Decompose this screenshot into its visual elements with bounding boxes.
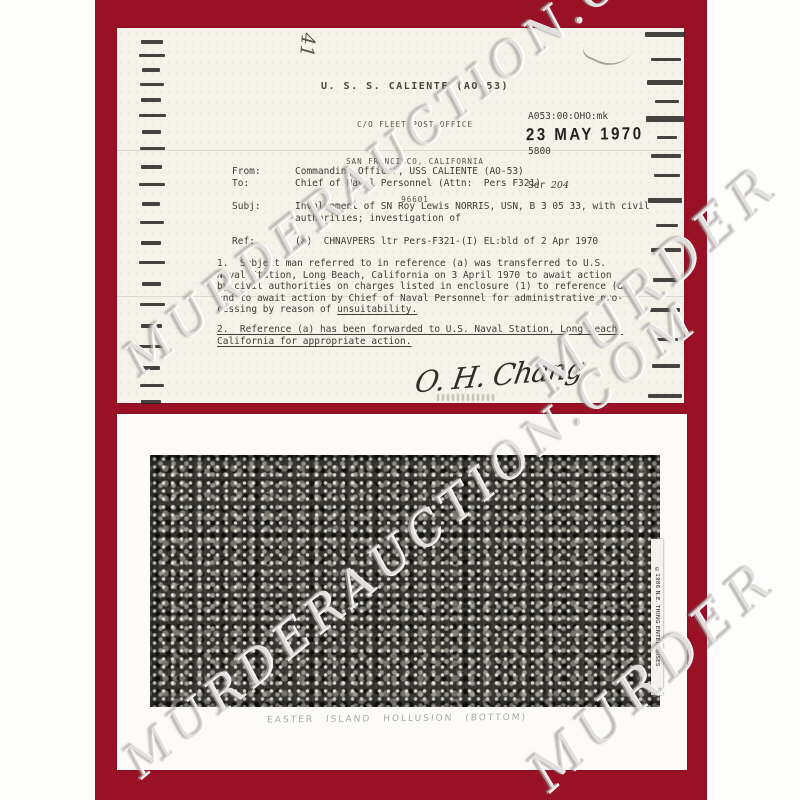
to-label: To: — [232, 178, 249, 190]
scan-mark — [655, 100, 679, 103]
reference-label: Ref: — [232, 236, 255, 248]
scan-mark — [141, 40, 163, 44]
scan-mark — [142, 282, 161, 286]
scan-mark — [141, 98, 161, 102]
scan-mark — [656, 224, 678, 227]
handwritten-annotation: 41 — [295, 32, 319, 58]
scan-mark — [141, 165, 162, 169]
subject-line-2: authorities; investigation of — [295, 213, 461, 225]
serial-number-handwritten: 204 — [551, 180, 569, 191]
letterhead-address-1: C/O FLEET POST OFFICE — [295, 119, 535, 131]
scan-mark — [139, 54, 165, 57]
scan-mark — [140, 384, 164, 387]
scan-mark — [140, 83, 164, 86]
subject-line-1: Involvement of SN Roy Lewis NORRIS, USN,… — [295, 201, 650, 213]
typed-name-smudge — [437, 394, 497, 401]
scan-mark — [140, 303, 165, 306]
id-ssic: 5800 — [528, 146, 608, 158]
scan-mark — [651, 154, 681, 158]
from-label: From: — [232, 166, 261, 178]
scan-mark — [651, 58, 681, 61]
scan-mark — [645, 32, 685, 37]
photo-caption-handwritten: EASTER ISLAND HOLLUSION (BOTTOM) — [267, 713, 548, 726]
stereogram-image: ©1986 N.E. THING ENTERPRISES — [150, 455, 660, 707]
reference-value: (a) CHNAVPERS ltr Pers-F321-(I) EL:bld o… — [295, 236, 598, 248]
scan-mark — [141, 400, 161, 404]
copyright-strip: ©1986 N.E. THING ENTERPRISES — [651, 539, 663, 695]
paragraph-1-underlined-word: unsuitability. — [337, 304, 417, 315]
scan-mark — [142, 202, 160, 206]
scan-mark — [142, 366, 160, 370]
signature-handwritten: O. H. Chang — [413, 350, 586, 399]
photo-scan: ©1986 N.E. THING ENTERPRISES EASTER ISLA… — [117, 414, 687, 770]
to-value: Chief of Naval Personnel (Attn: Pers F32… — [295, 178, 541, 190]
scan-mark — [139, 345, 165, 348]
paragraph-1-text: 1. Subject man referred to in reference … — [217, 258, 635, 304]
scan-mark — [646, 116, 684, 122]
body-paragraph-2: 2. Reference (a) has been forwarded to U… — [217, 324, 687, 347]
scan-mark — [652, 364, 680, 368]
from-value: Commanding Officer, USS CALIENTE (AO-53) — [295, 166, 524, 178]
scan-mark — [139, 183, 165, 186]
scan-mark — [140, 147, 165, 150]
scan-mark — [139, 114, 166, 117]
letter-scan: 41 U. S. S. CALIENTE (AO-53) C/O FLEET P… — [117, 28, 684, 403]
scan-mark — [648, 394, 682, 398]
scanned-listing-image: 41 U. S. S. CALIENTE (AO-53) C/O FLEET P… — [0, 0, 800, 800]
scan-mark — [140, 221, 164, 224]
scan-mark — [647, 80, 683, 85]
scan-mark — [651, 248, 681, 252]
scan-mark — [654, 174, 680, 177]
scan-mark — [142, 130, 161, 134]
id-code: A053:00:OHO:mk — [528, 111, 608, 123]
subject-label: Subj: — [232, 201, 261, 213]
scan-mark — [141, 324, 162, 328]
body-paragraph-1: 1. Subject man referred to in reference … — [217, 258, 687, 316]
id-block: A053:00:OHO:mk 5800 Ser 204 — [528, 88, 608, 215]
letterhead-ship-name: U. S. S. CALIENTE (AO-53) — [295, 81, 535, 93]
date-stamp: 23 MAY 1970 — [526, 124, 644, 145]
scan-mark — [648, 198, 682, 203]
scan-mark — [141, 241, 161, 245]
scan-mark — [139, 261, 165, 264]
scan-mark — [657, 136, 677, 139]
scan-mark — [142, 68, 160, 72]
paragraph-1-tail: cessing by reason of — [217, 304, 337, 315]
